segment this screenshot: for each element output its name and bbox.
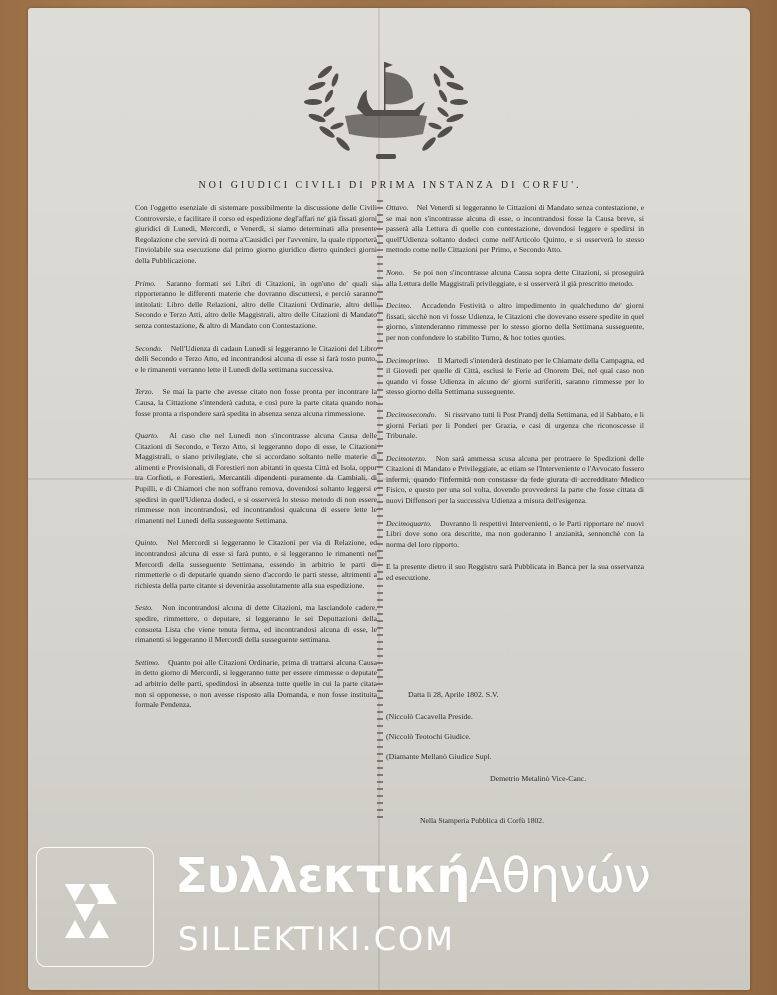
triangles-star-logo-icon <box>37 848 153 966</box>
paragraph-text: Nel Venerdì si leggeranno le Cittazioni … <box>386 203 644 254</box>
ship-emblem-icon <box>295 52 477 164</box>
article-label: Decimoterzo. <box>386 454 427 463</box>
right-column: Ottavo. Nel Venerdì si leggeranno le Cit… <box>386 203 644 596</box>
closing-paragraph: E la presente dietro il suo Reggistro sa… <box>386 562 644 583</box>
watermark-logo-frame <box>36 847 154 967</box>
article-paragraph: Decimoquarto. Dovranno li respettivi Int… <box>386 519 644 551</box>
paragraph-text: Saranno formati sei Libri di Citazioni, … <box>135 279 377 330</box>
paragraph-text: Con l'oggetto esenziale di sistemare pos… <box>135 203 377 265</box>
article-label: Sesto. <box>135 603 153 612</box>
signature-vice-canc: Demetrio Metalinò Vice-Canc. <box>490 774 586 783</box>
watermark-url: SILLEKTIKI.COM <box>178 920 455 958</box>
article-paragraph: Decimosecondo. Si rissrvano tutti li Pos… <box>386 410 644 442</box>
article-label: Decimoprimo. <box>386 356 430 365</box>
article-label: Settimo. <box>135 658 160 667</box>
signature-giudice: (Niccolò Teotochi Giudice. <box>386 732 471 741</box>
article-label: Quinto. <box>135 538 158 547</box>
article-label: Decimoquarto. <box>386 519 432 528</box>
paragraph-text: Nel Mercordì si leggeranno le Citazioni … <box>135 538 377 589</box>
article-paragraph: Decimoprimo. Il Martedì s'intenderà dest… <box>386 356 644 398</box>
article-label: Quarto. <box>135 431 159 440</box>
page-title: NOI GIUDICI CIVILI DI PRIMA INSTANZA DI … <box>150 180 630 191</box>
signature-preside: (Niccolò Cacavella Preside. <box>386 712 473 721</box>
printer-imprint: Nella Stamperia Pubblica di Corfù 1802. <box>420 816 544 825</box>
article-paragraph: Secondo. Nell'Udienza di cadaun Lunedì s… <box>135 344 377 376</box>
article-paragraph: Ottavo. Nel Venerdì si leggeranno le Cit… <box>386 203 644 256</box>
article-label: Decimo. <box>386 301 412 310</box>
column-divider-ornament <box>377 200 383 820</box>
article-paragraph: Settimo. Quanto poi alle Citazioni Ordin… <box>135 658 377 711</box>
article-label: Secondo. <box>135 344 163 353</box>
watermark-brand-bold: Συλλεκτική <box>175 848 469 904</box>
article-label: Ottavo. <box>386 203 409 212</box>
article-paragraph: Nono. Se poi non s'incontrasse alcuna Ca… <box>386 268 644 289</box>
article-paragraph: Sesto. Non incontrandosi alcuna di dette… <box>135 603 377 645</box>
article-label: Decimosecondo. <box>386 410 436 419</box>
paragraph-text: Accadendo Festività o altro impedimento … <box>386 301 644 342</box>
article-paragraph: Primo. Saranno formati sei Libri di Cita… <box>135 279 377 332</box>
article-paragraph: Decimoterzo. Non sarà ammessa scusa alcu… <box>386 454 644 507</box>
article-label: Primo. <box>135 279 156 288</box>
paragraph-text: Nell'Udienza di cadaun Lunedì si leggera… <box>135 344 377 374</box>
watermark-brand-light: Αθηνών <box>469 848 649 904</box>
article-label: Terzo. <box>135 387 154 396</box>
paragraph-text: Se mai la parte che avesse citato non fo… <box>135 387 377 417</box>
paragraph-text: Al caso che nel Lunedì non s'incontrasse… <box>135 431 377 525</box>
paragraph-text: Non incontrandosi alcuna di dette Citazi… <box>135 603 377 644</box>
date-line: Datta li 28, Aprile 1802. S.V. <box>408 690 499 699</box>
signature-giudice-supl: (Diamante Mellanò Giudice Supl. <box>386 752 492 761</box>
article-paragraph: Quinto. Nel Mercordì si leggeranno le Ci… <box>135 538 377 591</box>
watermark-brand: ΣυλλεκτικήΑθηνών <box>175 848 650 904</box>
paragraph-text: E la presente dietro il suo Reggistro sa… <box>386 562 644 582</box>
article-paragraph: Decimo. Accadendo Festività o altro impe… <box>386 301 644 343</box>
paragraph-text: Quanto poi alle Citazioni Ordinarie, pri… <box>135 658 377 709</box>
article-label: Nono. <box>386 268 404 277</box>
paragraph-text: Se poi non s'incontrasse alcuna Causa so… <box>386 268 644 288</box>
article-paragraph: Quarto. Al caso che nel Lunedì non s'inc… <box>135 431 377 526</box>
article-paragraph: Terzo. Se mai la parte che avesse citato… <box>135 387 377 419</box>
preamble-paragraph: Con l'oggetto esenziale di sistemare pos… <box>135 203 377 267</box>
left-column: Con l'oggetto esenziale di sistemare pos… <box>135 203 377 723</box>
